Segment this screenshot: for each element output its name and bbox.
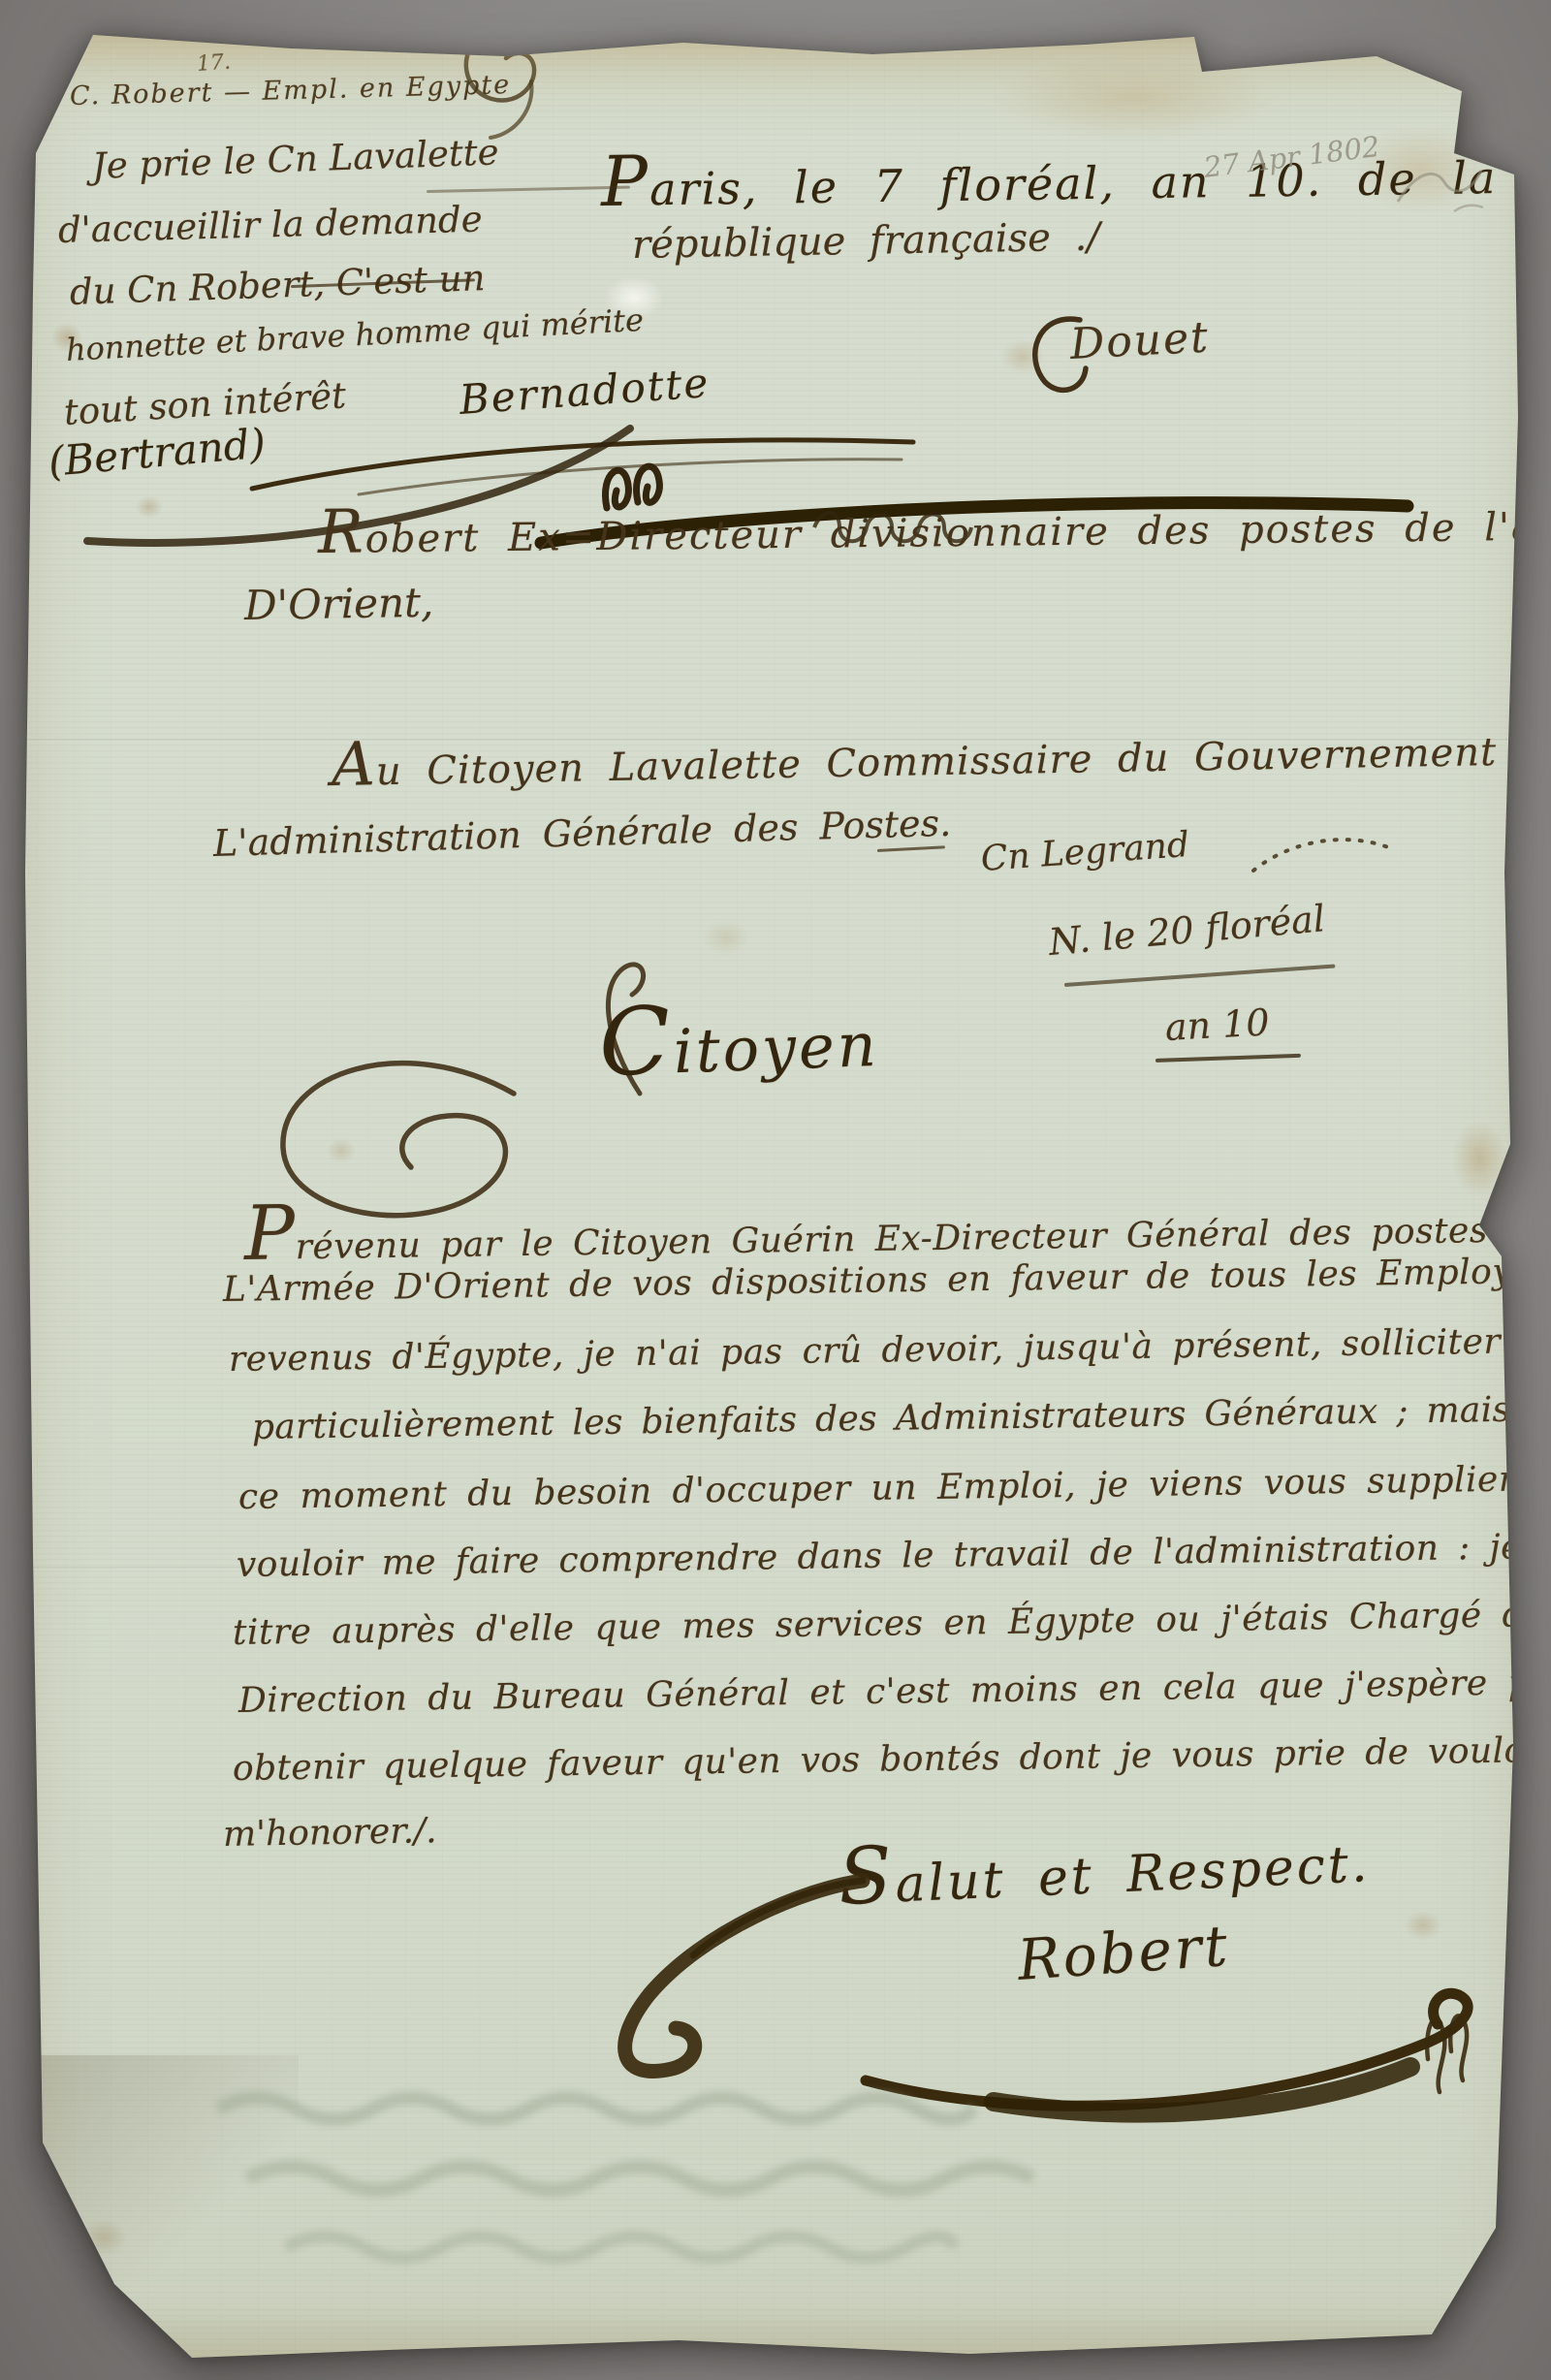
letter-paper: 17. C. Robert — Empl. en Egypte Je prie … [0, 0, 1551, 2380]
paper-edge-tint [0, 0, 1551, 2380]
photograph-background: 17. C. Robert — Empl. en Egypte Je prie … [0, 0, 1551, 2380]
paper-shadow: 17. C. Robert — Empl. en Egypte Je prie … [0, 0, 1551, 2380]
